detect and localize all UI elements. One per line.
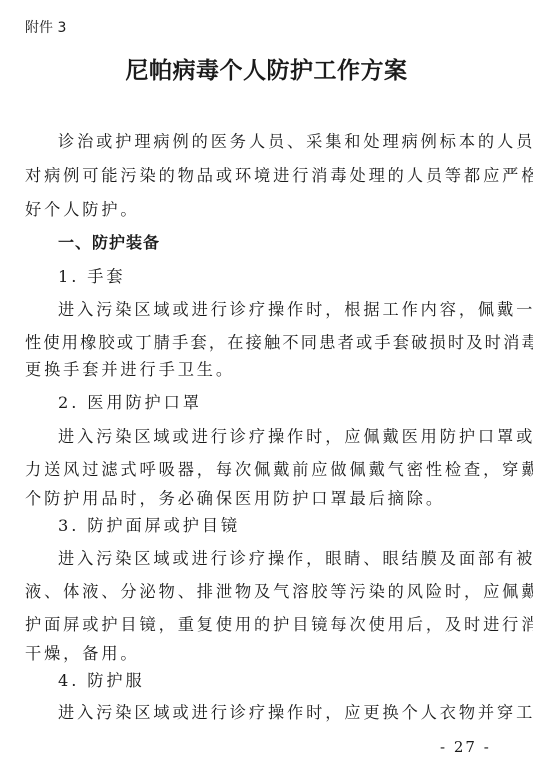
attachment-label: 附件 3 bbox=[25, 17, 66, 37]
paragraph-line: 性使用橡胶或丁腈手套，在接触不同患者或手套破损时及时消毒， bbox=[25, 329, 509, 353]
section-heading: 一、防护装备 bbox=[58, 230, 533, 253]
paragraph-line: 进入污染区域或进行诊疗操作时，应更换个人衣物并穿工作 bbox=[58, 699, 533, 723]
paragraph-line: 更换手套并进行手卫生。 bbox=[25, 356, 509, 380]
item-title: 2. 医用防护口罩 bbox=[58, 389, 533, 413]
item-title: 3. 防护面屏或护目镜 bbox=[58, 512, 533, 536]
paragraph-line: 进入污染区域或进行诊疗操作，眼睛、眼结膜及面部有被血 bbox=[58, 545, 533, 569]
paragraph-line: 液、体液、分泌物、排泄物及气溶胶等污染的风险时，应佩戴防 bbox=[25, 578, 509, 602]
document-title: 尼帕病毒个人防护工作方案 bbox=[0, 52, 533, 85]
item-title: 4. 防护服 bbox=[58, 667, 533, 691]
intro-line: 对病例可能污染的物品或环境进行消毒处理的人员等都应严格做 bbox=[25, 162, 509, 186]
item-title: 1. 手套 bbox=[58, 263, 533, 287]
paragraph-line: 个防护用品时，务必确保医用防护口罩最后摘除。 bbox=[25, 485, 509, 509]
intro-line: 好个人防护。 bbox=[25, 196, 509, 220]
intro-line: 诊治或护理病例的医务人员、采集和处理病例标本的人员、 bbox=[58, 128, 533, 152]
paragraph-line: 进入污染区域或进行诊疗操作时，应佩戴医用防护口罩或动 bbox=[58, 423, 533, 447]
paragraph-line: 护面屏或护目镜，重复使用的护目镜每次使用后，及时进行消毒 bbox=[25, 611, 509, 635]
paragraph-line: 力送风过滤式呼吸器，每次佩戴前应做佩戴气密性检查，穿戴多 bbox=[25, 456, 509, 480]
page-number: - 27 - bbox=[440, 738, 491, 756]
paragraph-line: 干燥，备用。 bbox=[25, 640, 509, 664]
paragraph-line: 进入污染区域或进行诊疗操作时，根据工作内容，佩戴一次 bbox=[58, 296, 533, 320]
